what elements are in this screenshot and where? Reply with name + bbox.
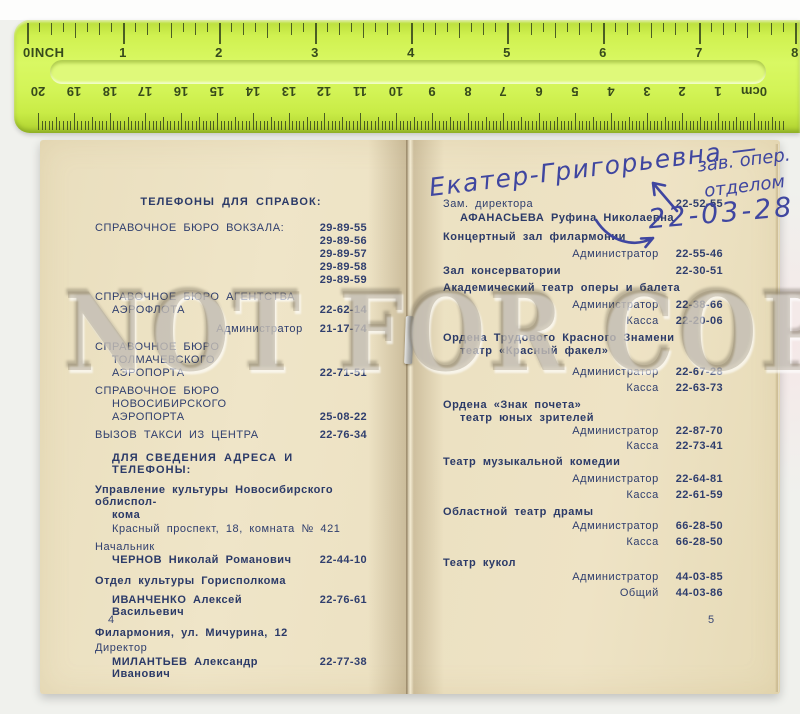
ruler-cm-tick [149,121,150,130]
entry-label: кома [95,509,367,521]
phone-number: 22-55-46 [668,248,723,260]
ruler-inch-tick [627,23,628,35]
ruler-cm-tick [614,121,615,130]
ruler-cm-label: 8 [464,84,471,99]
ruler-cm-tick [661,121,662,130]
ruler-cm-label: 19 [67,84,81,99]
ruler-inch-tick [435,23,436,35]
ruler-cm-label: 13 [281,84,295,99]
ruler-cm-label: 12 [317,84,331,99]
directory-line: Управление культуры Новосибирского облис… [95,484,367,508]
entry-label: Начальник [95,541,367,553]
ruler-cm-tick [128,117,129,130]
ruler-cm-label: 7 [500,84,507,99]
ruler-cm-label: 9 [428,84,435,99]
ruler-cm-tick [389,121,390,130]
ruler-cm-tick [307,117,308,130]
ruler-cm-tick [460,121,461,130]
ruler-inch-tick [303,23,304,32]
ruler-cm-tick [457,121,458,130]
ruler-inch-tick [675,23,676,35]
directory-line: кома [95,509,367,521]
ruler-cm-tick [228,121,229,130]
directory-line: театр «Красный факел» [443,345,723,357]
ruler-cm-tick [260,121,261,130]
ruler-cm-tick [274,121,275,130]
directory-line: Ордена «Знак почета» [443,399,723,411]
ruler-cm-tick [81,121,82,130]
ruler-cm-tick [203,121,204,130]
phone-number: 22-38-66 [668,299,723,311]
section-header: ДЛЯ СВЕДЕНИЯ АДРЕСА И ТЕЛЕФОНЫ: [95,452,367,476]
entry-label: Администратор [572,473,659,485]
ruler-cm-tick [421,121,422,130]
ruler-cm-tick [503,113,504,130]
ruler-cm-tick [672,121,673,130]
ruler-cm-tick [49,121,50,130]
phone-number: 22-44-10 [312,554,367,566]
ruler-cm-tick [246,121,247,130]
entry-label: СПРАВОЧНОЕ БЮРО [95,341,367,353]
ruler-cm-tick [335,121,336,130]
ruler-cm-tick [142,121,143,130]
entry-label: театр юных зрителей [443,412,723,424]
ruler-inch-label: 7 [695,45,703,60]
ruler-cm-tick [514,121,515,130]
entry-label: Областной театр драмы [443,506,723,518]
entry-label: АЭРОПОРТА [95,411,312,423]
directory-line: Администратор22-38-66 [443,299,723,311]
ruler-cm-tick [758,121,759,130]
ruler-inch-tick [651,23,652,38]
entry-label: Администратор [572,571,659,583]
ruler-cm-tick [299,121,300,130]
phone-number: 66-28-50 [668,536,723,548]
ruler-inch-tick [39,23,40,32]
fold-shadow-right [414,140,444,694]
ruler-cm-tick [346,121,347,130]
entry-label: Театр музыкальной комедии [443,456,723,468]
ruler-cm-label: 20 [31,84,45,99]
ruler-inch-tick [375,23,376,32]
ruler-groove [50,60,766,84]
ruler-cm-tick [743,121,744,130]
ruler-inch-tick [663,23,664,32]
ruler-cm-tick [528,121,529,130]
ruler-cm-tick [675,121,676,130]
ruler-cm-label: 15 [210,84,224,99]
directory-line: Касса22-20-06 [443,315,723,327]
directory-line: Администратор44-03-85 [443,571,723,583]
entry-label: ВЫЗОВ ТАКСИ ИЗ ЦЕНТРА [95,429,312,441]
ruler-cm-tick [593,117,594,130]
ruler-cm-tick [729,121,730,130]
ruler-cm-tick [546,121,547,130]
right-page-text: Зам. директора22-52-55АФАНАСЬЕВА Руфина … [443,198,723,599]
ruler-cm-tick [453,121,454,130]
entry-label: АЭРОФЛОТА [95,304,312,316]
ruler-cm-tick [271,117,272,130]
ruler-cm-tick [396,113,397,130]
ruler-cm-tick [339,121,340,130]
ruler-cm-tick [367,121,368,130]
ruler-cm-tick [385,121,386,130]
ruler-cm-tick [249,121,250,130]
ruler-cm-tick [292,121,293,130]
ruler-inch-tick [207,23,208,32]
ruler-cm-tick [725,121,726,130]
phone-number: 22-77-38 [312,656,367,668]
ruler-cm-tick [704,121,705,130]
ruler-cm-tick [188,121,189,130]
ruler-cm-tick [332,121,333,130]
ruler-cm-tick [253,113,254,130]
ruler-cm-tick [443,121,444,130]
directory-line: Зал консерватории22-30-51 [443,265,723,277]
directory-line: Филармония, ул. Мичурина, 12 [95,627,367,639]
ruler-cm-tick [199,117,200,130]
ruler-cm-tick [167,121,168,130]
ruler-cm-tick [439,121,440,130]
phone-number: 29-89-55 [312,222,367,234]
phone-number: 22-71-51 [312,367,367,379]
ruler-cm-tick [550,121,551,130]
ruler-inch-tick [711,23,712,32]
handwritten-arrow-curved-right-icon [592,216,662,250]
ruler-cm-tick [493,121,494,130]
directory-line: Начальник [95,541,367,553]
ruler-inch-tick [291,23,292,35]
ruler-cm-tick [264,121,265,130]
ruler-cm-tick [432,113,433,130]
ruler-inch-tick [603,23,605,44]
phone-number: 25-08-22 [312,411,367,423]
entry-label: ЧЕРНОВ Николай Романович [95,554,312,566]
ruler-cm-tick [392,121,393,130]
phone-number: 22-64-81 [668,473,723,485]
ruler-cm-tick [557,117,558,130]
ruler-inch-tick [687,23,688,32]
ruler-inch-label: 3 [311,45,319,60]
ruler-cm-tick [446,121,447,130]
ruler-cm-tick [52,121,53,130]
ruler-cm-tick [353,121,354,130]
ruler-cm-tick [102,121,103,130]
photo-of-phone-directory: 0INCH12345678 20191817161514131211109876… [0,0,800,714]
ruler-cm-tick [690,121,691,130]
directory-line: АЭРОПОРТА25-08-22 [95,411,367,423]
ruler-cm-tick [135,121,136,130]
ruler-inch-tick [363,23,364,38]
ruler-inch-tick [639,23,640,32]
entry-label: Управление культуры Новосибирского облис… [95,484,367,508]
ruler-cm-tick [543,121,544,130]
ruler-cm-tick [88,121,89,130]
entry-label: Директор [95,642,367,654]
entry-label: Касса [626,382,658,394]
ruler-cm-label: 4 [607,84,614,99]
ruler-cm-tick [63,121,64,130]
ruler-cm-tick [117,121,118,130]
ruler-cm-tick [67,121,68,130]
ruler-cm-tick [765,121,766,130]
ruler-cm-tick [74,113,75,130]
ruler-cm-tick [718,113,719,130]
ruler-inch-label: 2 [215,45,223,60]
ruler-cm-tick [435,121,436,130]
ruler-cm-tick [507,121,508,130]
ruler-inch-tick [267,23,268,38]
directory-line: АЭРОФЛОТА22-62-14 [95,304,367,316]
entry-label: Красный проспект, 18, комната № 421 [95,523,367,535]
phone-number: 29-89-59 [312,274,367,286]
ruler-cm-tick [579,121,580,130]
ruler-cm-tick [468,113,469,130]
ruler-inch-tick [87,23,88,32]
directory-line: 29-89-56 [95,235,367,247]
ruler-cm-tick [600,121,601,130]
ruler-cm-tick [747,121,748,130]
ruler-cm-tick [42,121,43,130]
ruler-inch-tick [327,23,328,32]
entry-label: Администратор [572,520,659,532]
ruler-cm-tick [539,113,540,130]
ruler-cm-tick [772,117,773,130]
ruler-cm-tick [206,121,207,130]
ruler-inch-tick [483,23,484,35]
entry-label: Администратор [572,299,659,311]
page-fore-edge [775,144,779,692]
ruler-inch-tick [543,23,544,32]
ruler-cm-label: 17 [138,84,152,99]
entry-label: СПРАВОЧНОЕ БЮРО [95,385,367,397]
ruler-cm-tick [536,121,537,130]
ruler-cm-tick [775,121,776,130]
directory-line: ЧЕРНОВ Николай Романович22-44-10 [95,554,367,566]
ruler-inch-tick [63,23,64,32]
ruler-cm-tick [185,121,186,130]
directory-line: СПРАВОЧНОЕ БЮРО АГЕНТСТВА [95,291,367,303]
ruler-cm-tick [242,121,243,130]
entry-label: Администратор [216,323,303,335]
ruler-cm-label: 2 [679,84,686,99]
directory-line: Администратор22-87-70 [443,425,723,437]
ruler-cm-tick [378,117,379,130]
ruler-cm-tick [217,113,218,130]
ruler-cm-tick [324,113,325,130]
entry-label: СПРАВОЧНОЕ БЮРО ВОКЗАЛА: [95,222,312,234]
ruler-cm-tick [500,121,501,130]
ruler-cm-tick [357,121,358,130]
entry-label: СПРАВОЧНОЕ БЮРО АГЕНТСТВА [95,291,367,303]
entry-label: Администратор [572,366,659,378]
ruler-cm-tick [267,121,268,130]
entry-label: Ордена «Знак почета» [443,399,723,411]
ruler-cm-tick [120,121,121,130]
ruler-cm-tick [518,121,519,130]
ruler-cm-tick [210,121,211,130]
directory-line: Касса22-63-73 [443,382,723,394]
phone-number: 22-67-28 [668,366,723,378]
ruler-inch-tick [507,23,509,44]
ruler-cm-tick [213,121,214,130]
ruler-inch-label: 0INCH [23,45,65,60]
ruler-cm-tick [414,117,415,130]
ruler-cm-tick [496,121,497,130]
phone-number: 22-63-73 [668,382,723,394]
ruler-cm-tick [425,121,426,130]
ruler-cm-tick [170,121,171,130]
ruler-inch-tick [171,23,172,38]
ruler-cm-tick [618,121,619,130]
entry-label: Касса [626,536,658,548]
phone-number: 29-89-57 [312,248,367,260]
entry-label: Филармония, ул. Мичурина, 12 [95,627,367,639]
ruler-cm-tick [192,121,193,130]
entry-label: Зал консерватории [443,265,668,277]
ruler-cm-label: 6 [536,84,543,99]
ruler-cm-tick [256,121,257,130]
phone-number: 22-73-41 [668,440,723,452]
ruler-cm-tick [654,121,655,130]
ruler-cm-tick [38,113,39,130]
ruler-cm-tick [56,117,57,130]
ruler-cm-tick [95,121,96,130]
phone-number: 21-17-74 [312,323,367,335]
ruler-cm-tick [561,121,562,130]
ruler-cm-tick [607,121,608,130]
ruler-inch-label: 4 [407,45,415,60]
ruler-inch-tick [123,23,125,44]
ruler-cm-tick [715,121,716,130]
ruler-inch-tick [411,23,413,44]
directory-line: АЭРОПОРТА22-71-51 [95,367,367,379]
directory-line: Касса66-28-50 [443,536,723,548]
phone-number: 29-89-56 [312,235,367,247]
ruler-cm-tick [59,121,60,130]
ruler-inch-tick [555,23,556,38]
directory-line: ИВАНЧЕНКО Алексей Васильевич22-76-61 [95,594,367,618]
ruler-inch-tick [447,23,448,32]
ruler-cm-tick [403,121,404,130]
directory-line: Администратор22-55-46 [443,248,723,260]
directory-line: Администратор22-64-81 [443,473,723,485]
ruler-inch-tick [159,23,160,32]
ruler-cm-tick [174,121,175,130]
ruler-cm-tick [224,121,225,130]
ruler-inch-tick [615,23,616,32]
ruler-cm-label: 18 [102,84,116,99]
entry-label: Касса [626,489,658,501]
ruler-cm-label: 10 [389,84,403,99]
phone-number: 22-62-14 [312,304,367,316]
ruler-cm-tick [733,121,734,130]
ruler-cm-tick [400,121,401,130]
ruler-cm-tick [629,117,630,130]
ruler-cm-tick [196,121,197,130]
ruler-inch-tick [591,23,592,32]
ruler-cm-tick [471,121,472,130]
directory-line: Администратор21-17-74 [95,323,367,335]
entry-label: театр «Красный факел» [443,345,723,357]
ruler-cm-tick [511,121,512,130]
directory-line: НОВОСИБИРСКОГО [95,398,367,410]
ruler-cm-tick [45,121,46,130]
ruler-cm-label: 16 [174,84,188,99]
ruler-inch-tick [723,23,724,35]
ruler-cm-tick [657,121,658,130]
fold-crease [406,140,414,694]
ruler-cm-tick [650,121,651,130]
ruler-cm-tick [450,117,451,130]
ruler-inch-tick [567,23,568,32]
ruler-cm-tick [70,121,71,130]
ruler-cm-tick [611,113,612,130]
phone-number: 44-03-86 [668,587,723,599]
ruler-cm-tick [478,121,479,130]
entry-label: Зам. директора [443,198,668,210]
ruler-inch-tick [315,23,317,44]
ruler-cm-tick [417,121,418,130]
ruler-cm-tick [314,121,315,130]
ruler-cm-tick [761,121,762,130]
directory-line: 29-89-59 [95,274,367,286]
ruler-cm-tick [604,121,605,130]
entry-label: ТЕЛЕФОНЫ ДЛЯ СПРАВОК: [140,196,321,208]
page-number-left: 4 [108,614,114,626]
ruler-cm-tick [407,121,408,130]
ruler-inch-label: 1 [119,45,127,60]
ruler-cm-tick [106,121,107,130]
ruler-inch-tick [75,23,76,38]
ruler-cm-tick [571,121,572,130]
directory-line: Ордена Трудового Красного Знамени [443,332,723,344]
ruler-inch-tick [735,23,736,32]
ruler-inch-tick [387,23,388,35]
ruler-cm-tick [464,121,465,130]
ruler-cm-tick [532,121,533,130]
ruler-cm-tick [231,121,232,130]
ruler-inch-tick [531,23,532,35]
directory-line: 29-89-58 [95,261,367,273]
ruler-cm-label: 3 [643,84,650,99]
directory-line: СПРАВОЧНОЕ БЮРО ВОКЗАЛА:29-89-55 [95,222,367,234]
ruler-inch-tick [231,23,232,32]
ruler-inch-tick [399,23,400,32]
ruler-cm-tick [92,117,93,130]
ruler-cm-tick [382,121,383,130]
ruler-cm-tick [360,113,361,130]
staple [404,316,414,364]
ruler-inch-tick [243,23,244,35]
ruler-cm-tick [632,121,633,130]
ruler-cm-tick [711,121,712,130]
ruler-cm-label: 0cm [741,84,767,99]
phone-number: 66-28-50 [668,520,723,532]
directory-line: Общий44-03-86 [443,587,723,599]
ruler-inch-tick [219,23,221,44]
directory-line: СПРАВОЧНОЕ БЮРО [95,341,367,353]
entry-label: ДЛЯ СВЕДЕНИЯ АДРЕСА И ТЕЛЕФОНЫ: [95,452,367,476]
directory-line: Красный проспект, 18, комната № 421 [95,523,367,535]
directory-line: Концертный зал филармонии [443,231,723,243]
ruler-inch-tick [795,23,797,44]
ruler-cm-tick [589,121,590,130]
ruler-cm-tick [482,121,483,130]
ruler-cm-tick [317,121,318,130]
ruler-cm-tick [221,121,222,130]
ruler-cm-tick [486,117,487,130]
